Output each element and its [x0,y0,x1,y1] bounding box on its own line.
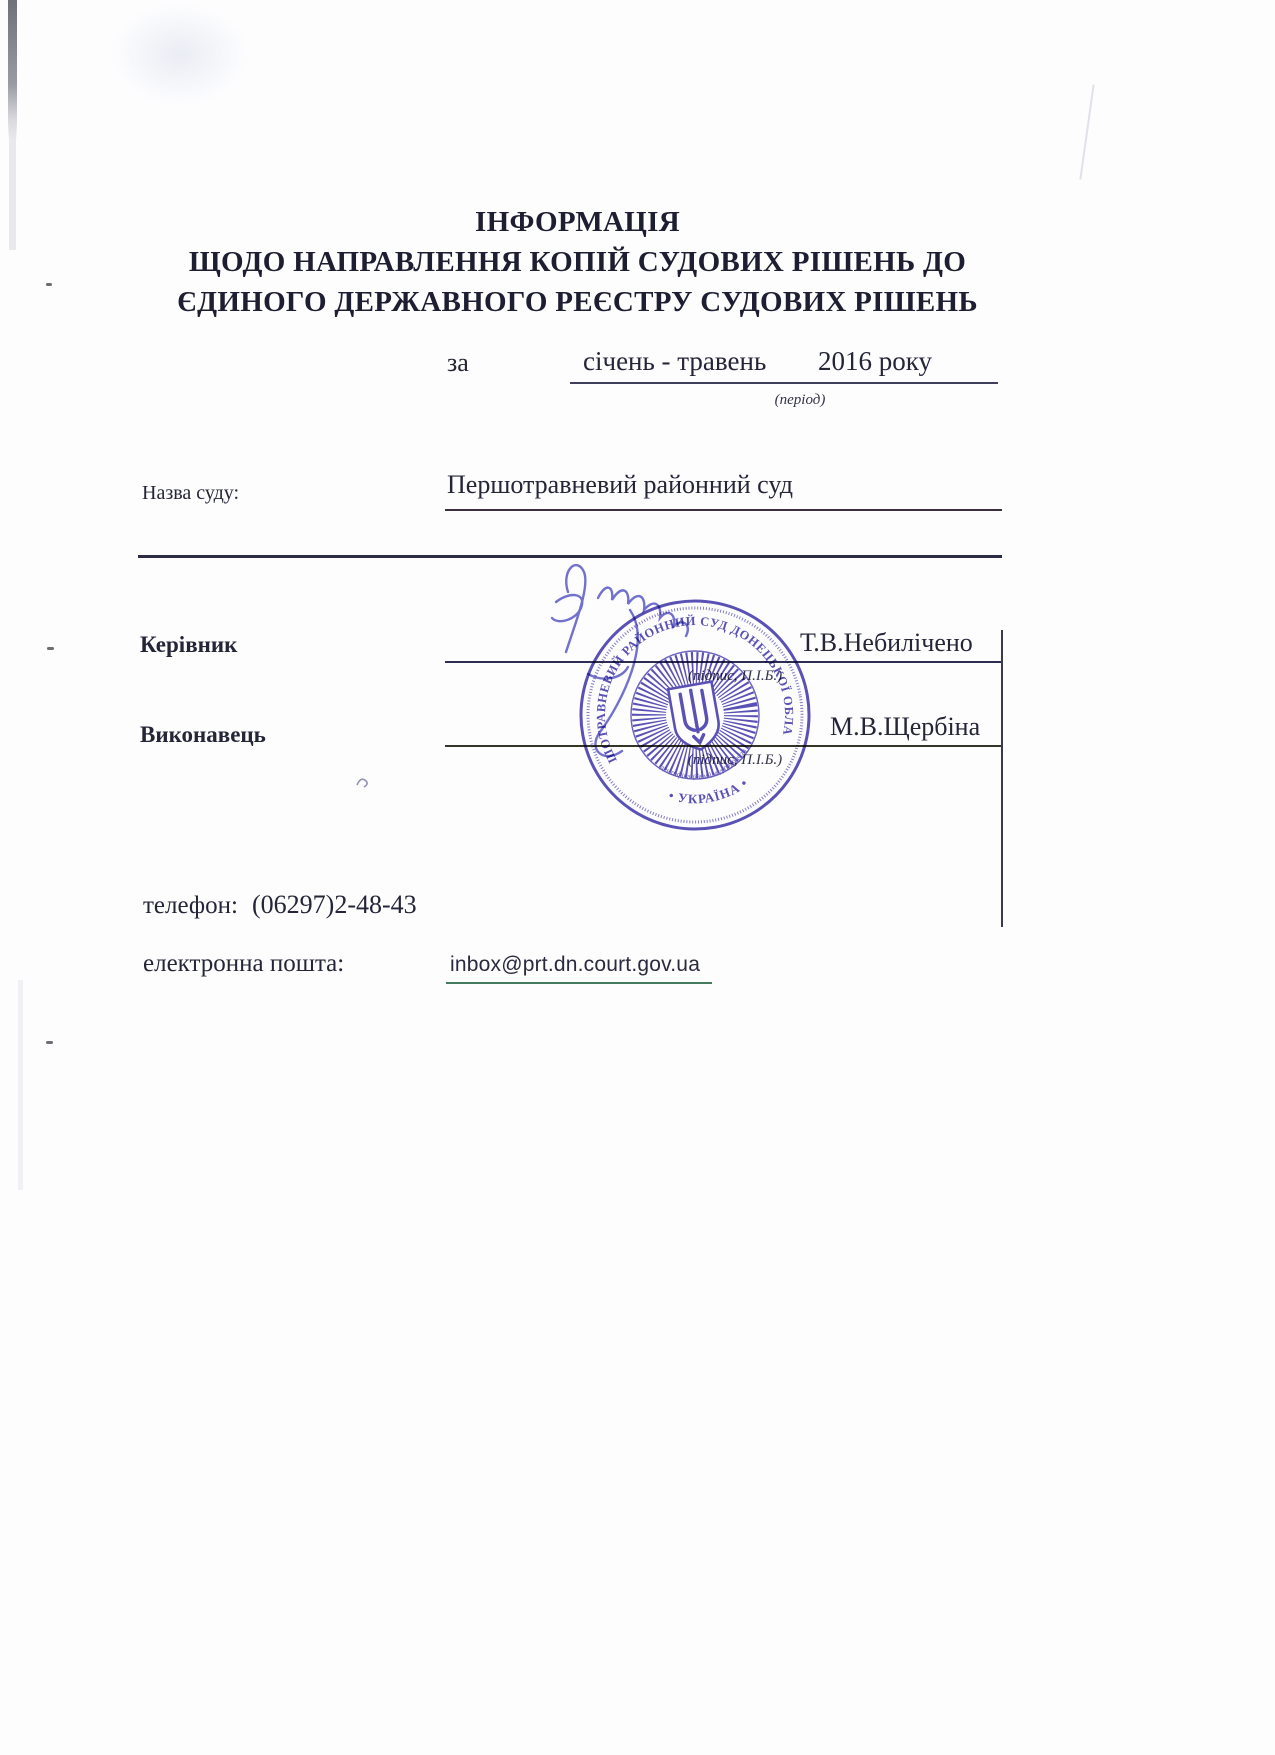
scan-speckle [46,283,52,286]
phone-value: (06297)2-48-43 [252,890,417,920]
email-underline [446,982,712,984]
title-line-1: ІНФОРМАЦІЯ [60,202,1095,242]
scan-speckle [47,647,54,650]
executor-label: Виконавець [140,722,266,748]
period-underline [570,382,998,384]
scan-speckle [46,1041,53,1044]
document-title: ІНФОРМАЦІЯ ЩОДО НАПРАВЛЕННЯ КОПІЙ СУДОВИ… [60,202,1095,322]
scanned-document-page: ІНФОРМАЦІЯ ЩОДО НАПРАВЛЕННЯ КОПІЙ СУДОВИ… [0,0,1275,1755]
scan-fold-line [1079,84,1094,179]
period-caption: (період) [700,392,900,409]
court-name-label: Назва суду: [142,482,239,505]
executor-name: М.В.Щербіна [830,712,980,742]
scan-edge-artifact [8,0,17,140]
phone-label: телефон: [143,892,238,920]
ink-mark [354,774,370,790]
court-name-underline [445,509,1002,511]
title-line-3: ЄДИНОГО ДЕРЖАВНОГО РЕЄСТРУ СУДОВИХ РІШЕН… [60,282,1095,322]
period-year: 2016 року [818,346,932,377]
leader-name: Т.В.Небилічено [800,628,973,658]
period-prefix: за [447,348,469,378]
leader-label: Керівник [140,632,237,658]
scan-edge-artifact [18,980,23,1190]
right-border-line [1001,630,1003,927]
handwritten-signature [480,548,810,788]
court-name-value: Першотравневий районний суд [447,470,793,500]
email-value: inbox@prt.dn.court.gov.ua [450,953,700,977]
title-line-2: ЩОДО НАПРАВЛЕННЯ КОПІЙ СУДОВИХ РІШЕНЬ ДО [60,242,1095,282]
email-label: електронна пошта: [143,950,344,978]
scan-edge-artifact [9,120,16,250]
period-value: січень - травень [583,346,766,377]
scan-smudge [112,4,247,104]
